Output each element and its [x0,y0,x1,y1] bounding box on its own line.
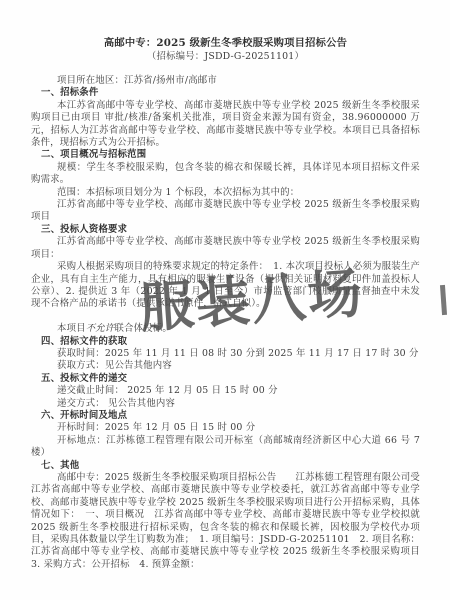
section-heading: 七、其他 [31,460,420,472]
section-project-overview: 二、项目概况与招标范围 规模：学生冬季校服采购，包含冬装的棉衣和保暖长裤，具体详… [31,149,420,223]
section-heading: 四、招标文件的获取 [31,336,420,348]
section-heading: 三、投标人资格要求 [31,224,420,236]
acquisition-time-line: 获取时间：2025 年 11 月 11 日 08 时 30 分到 2025 年 … [31,348,420,360]
section-other: 七、其他 高邮中专：2025 级新生冬季校服采购项目招标公告 江苏栋德工程管理有… [31,460,420,572]
section-heading: 二、项目概况与招标范围 [31,149,420,161]
document-title: 高邮中专：2025 级新生冬季校服采购项目招标公告 [31,36,420,50]
submission-deadline-line: 递交截止时间： 2025 年 12 月 05 日 15 时 00 分 [31,385,420,397]
section-paragraph: 规模：学生冬季校服采购，包含冬装的棉衣和保暖长裤，具体详见本项目招标文件采购需求… [31,162,420,187]
project-location-line: 项目所在地区：江苏省/扬州市/高邮市 [31,75,420,87]
no-consortium-suffix: 联合体投标。 [114,323,171,334]
no-consortium-emphasis: 不允许 [86,323,115,334]
watermark-fragment [440,285,447,315]
acquisition-method-line: 获取方式：见公告其他内容 [31,360,420,372]
no-consortium-prefix: 本项目 [57,323,86,334]
section-paragraph: 范围：本招标项目划分为 1 个标段，本次招标为其中的： [31,187,420,199]
section-bid-opening: 六、开标时间及地点 开标时间：2025 年 12 月 05 日 15 时 00 … [31,410,420,460]
no-consortium-line: 本项目不允许联合体投标。 [31,323,420,335]
bid-number-line: （招标编号：JSDD-G-20251101） [31,50,420,64]
section-document-acquisition: 四、招标文件的获取 获取时间：2025 年 11 月 11 日 08 时 30 … [31,336,420,373]
section-paragraph: 本江苏省高邮中等专业学校、高邮市菱塘民族中等专业学校 2025 级新生冬季校服采… [31,100,420,150]
section-bid-submission: 五、投标文件的递交 递交截止时间： 2025 年 12 月 05 日 15 时 … [31,373,420,410]
section-paragraph: 高邮中专：2025 级新生冬季校服采购项目招标公告 江苏栋德工程管理有限公司受江… [31,472,420,571]
section-paragraph: 采购人根据采购项目的特殊要求规定的特定条件： 1. 本次项目投标人必须为服装生产… [31,261,420,311]
announcement-page: 高邮中专：2025 级新生冬季校服采购项目招标公告 （招标编号：JSDD-G-2… [0,0,450,600]
section-heading: 六、开标时间及地点 [31,410,420,422]
section-paragraph: 江苏省高邮中等专业学校、高邮市菱塘民族中等专业学校 2025 级新生冬季校服采购… [31,199,420,224]
section-heading: 五、投标文件的递交 [31,373,420,385]
section-heading: 一、招标条件 [31,87,420,99]
opening-time-line: 开标时间：2025 年 12 月 05 日 15 时 00 分 [31,422,420,434]
submission-method-line: 递交方式： 见公告其他内容 [31,398,420,410]
section-paragraph: 江苏省高邮中等专业学校、高邮市菱塘民族中等专业学校 2025 级新生冬季校服采购… [31,236,420,261]
section-bidding-conditions: 一、招标条件 本江苏省高邮中等专业学校、高邮市菱塘民族中等专业学校 2025 级… [31,87,420,149]
section-bidder-qualifications: 三、投标人资格要求 江苏省高邮中等专业学校、高邮市菱塘民族中等专业学校 2025… [31,224,420,336]
opening-location-line: 开标地点：江苏栋德工程管理有限公司开标室（高邮城南经济新区中心大道 66 号 7… [31,435,420,460]
